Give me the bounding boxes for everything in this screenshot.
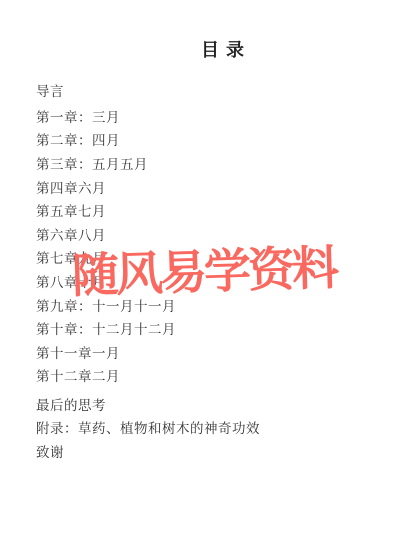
toc-entry-ch4: 第四章六月 xyxy=(36,175,398,199)
toc-entry-ch2: 第二章：四月 xyxy=(36,128,398,152)
toc-entry-ch1: 第一章：三月 xyxy=(36,104,398,128)
toc-entry-ch6: 第六章八月 xyxy=(36,222,398,246)
toc-entry-ch7: 第七章九月 xyxy=(36,246,398,270)
toc-entry-appendix: 附录：草药、植物和树木的神奇功效 xyxy=(36,415,398,439)
page-title: 目 录 xyxy=(14,0,418,62)
toc-entry-ch9: 第九章：十一月十一月 xyxy=(36,293,398,317)
toc-entry-final-thoughts: 最后的思考 xyxy=(36,392,398,416)
toc-page: 目 录 导言 第一章：三月 第二章：四月 第三章：五月五月 第四章六月 第五章七… xyxy=(0,0,418,552)
toc-entry-acknowledgements: 致谢 xyxy=(36,439,398,463)
toc-entry-ch11: 第十一章一月 xyxy=(36,340,398,364)
toc-entry-ch12: 第十二章二月 xyxy=(36,364,398,388)
toc-list: 导言 第一章：三月 第二章：四月 第三章：五月五月 第四章六月 第五章七月 第六… xyxy=(36,78,398,463)
toc-entry-ch5: 第五章七月 xyxy=(36,198,398,222)
toc-entry-intro: 导言 xyxy=(36,78,398,102)
toc-entry-ch10: 第十章：十二月十二月 xyxy=(36,316,398,340)
toc-entry-ch3: 第三章：五月五月 xyxy=(36,151,398,175)
toc-entry-ch8: 第八章十月 xyxy=(36,269,398,293)
